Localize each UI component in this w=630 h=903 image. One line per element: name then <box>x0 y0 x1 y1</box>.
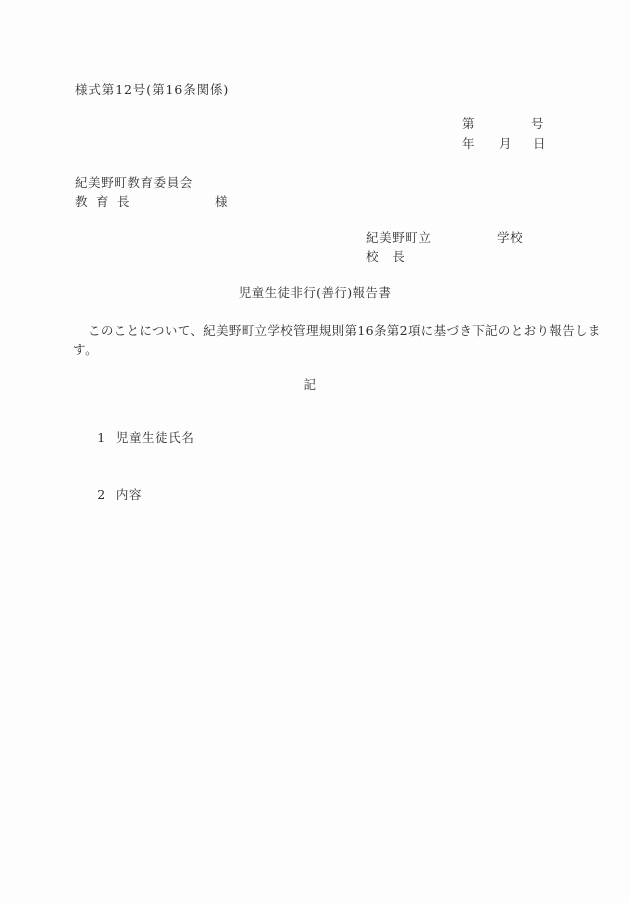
body-text-line1: このことについて、紀美野町立学校管理規則第16条第2項に基づき下記のとおり報告し… <box>88 323 601 338</box>
sender-school-suffix: 学校 <box>497 230 523 245</box>
item-2-label: 内容 <box>116 487 142 502</box>
sender-principal-title: 校 長 <box>366 249 405 264</box>
item-1-label: 児童生徒氏名 <box>116 430 195 445</box>
sender-school-prefix: 紀美野町立 <box>366 230 432 245</box>
doc-number-suffix: 号 <box>531 116 544 131</box>
list-item-2: 2内容 <box>79 472 142 517</box>
body-text-line2: す。 <box>73 342 98 357</box>
item-2-number: 2 <box>97 487 106 502</box>
recipient-title: 教 育 長 <box>75 194 128 209</box>
date-month-label: 月 <box>499 136 512 151</box>
recipient-honorific: 様 <box>215 194 228 209</box>
date-day-label: 日 <box>533 136 546 151</box>
document-page: 様式第12号(第16条関係) 第 号 年 月 日 紀美野町教育委員会 教 育 長… <box>0 0 630 903</box>
item-1-number: 1 <box>97 430 106 445</box>
recipient-organization: 紀美野町教育委員会 <box>75 175 193 190</box>
list-item-1: 1児童生徒氏名 <box>79 415 194 460</box>
doc-number-prefix: 第 <box>462 116 475 131</box>
date-year-label: 年 <box>462 136 475 151</box>
document-title: 児童生徒非行(善行)報告書 <box>0 285 630 300</box>
form-number-label: 様式第12号(第16条関係) <box>75 82 229 97</box>
record-marker: 記 <box>0 377 620 392</box>
